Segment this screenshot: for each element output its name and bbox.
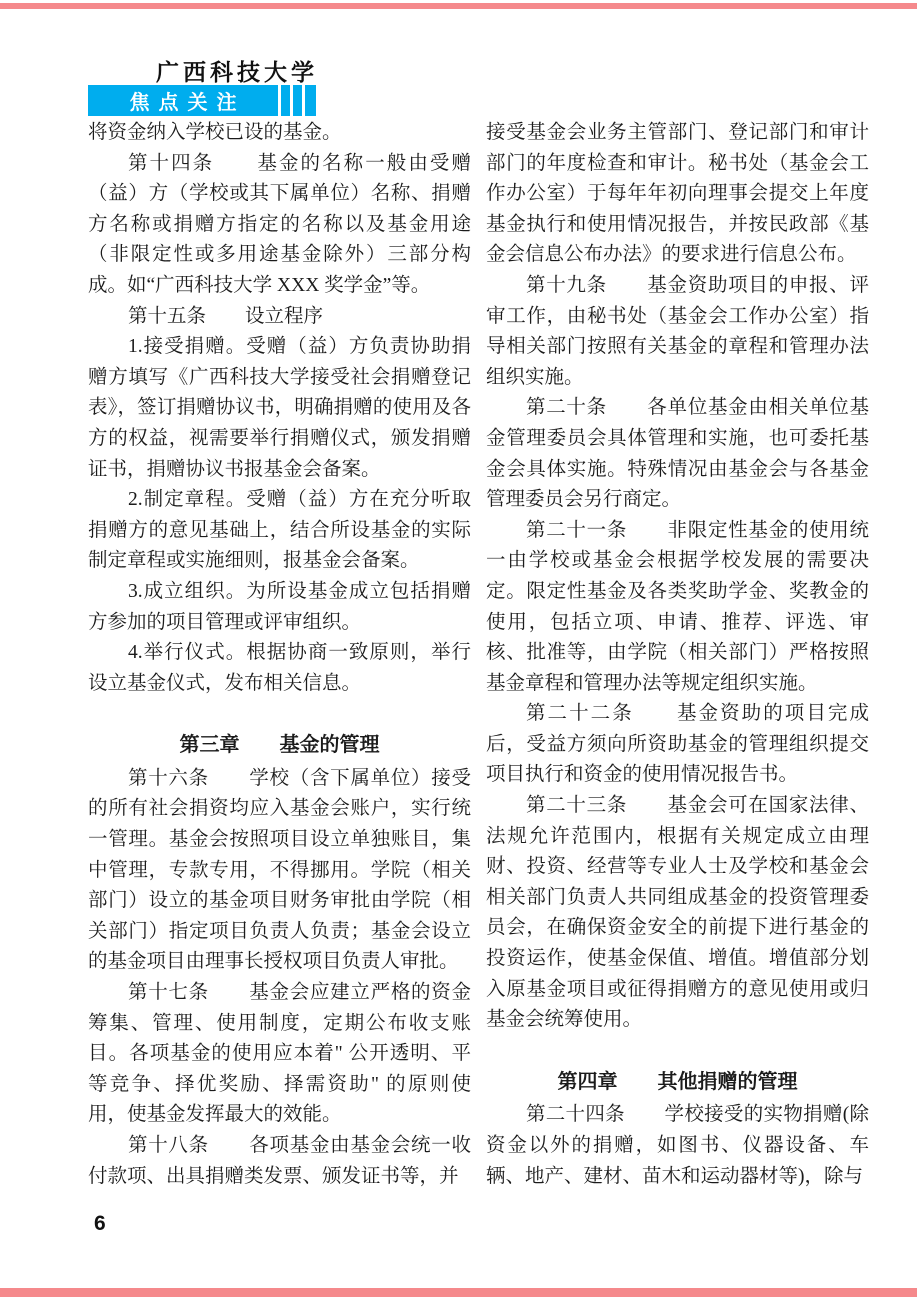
focus-banner-label: 焦点关注 bbox=[121, 86, 246, 115]
page-number: 6 bbox=[94, 1212, 106, 1236]
paragraph: 第十八条 各项基金由基金会统一收付款项、出具捐赠类发票、颁发证书等，并 bbox=[88, 1131, 471, 1192]
banner-stripe bbox=[281, 85, 290, 116]
university-title: 广西科技大学 bbox=[156, 54, 318, 87]
paragraph: 1.接受捐赠。受赠（益）方负责协助捐赠方填写《广西科技大学接受社会捐赠登记表》，… bbox=[88, 332, 471, 485]
paragraph: 第二十二条 基金资助的项目完成后，受益方须向所资助基金的管理组织提交项目执行和资… bbox=[486, 699, 869, 791]
paragraph: 3.成立组织。为所设基金成立包括捐赠方参加的项目管理或评审组织。 bbox=[88, 577, 471, 638]
paragraph: 4.举行仪式。根据协商一致原则，举行设立基金仪式，发布相关信息。 bbox=[88, 638, 471, 699]
bottom-border-rule bbox=[0, 1288, 917, 1297]
focus-banner: 焦点关注 bbox=[88, 85, 316, 116]
paragraph: 第二十一条 非限定性基金的使用统一由学校或基金会根据学校发展的需要决定。限定性基… bbox=[486, 516, 869, 700]
top-border-rule bbox=[0, 3, 917, 9]
paragraph: 第十九条 基金资助项目的申报、评审工作，由秘书处（基金会工作办公室）指导相关部门… bbox=[486, 271, 869, 393]
paragraph: 2.制定章程。受赠（益）方在充分听取捐赠方的意见基础上，结合所设基金的实际制定章… bbox=[88, 485, 471, 577]
paragraph: 第十五条 设立程序 bbox=[88, 302, 471, 333]
document-page: 广西科技大学 焦点关注 将资金纳入学校已设的基金。第十四条 基金的名称一般由受赠… bbox=[0, 0, 917, 1300]
focus-banner-block: 焦点关注 bbox=[88, 85, 278, 116]
paragraph: 第十六条 学校（含下属单位）接受的所有社会捐资均应入基金会账户，实行统一管理。基… bbox=[88, 764, 471, 978]
left-column: 将资金纳入学校已设的基金。第十四条 基金的名称一般由受赠（益）方（学校或其下属单… bbox=[88, 118, 471, 1192]
chapter-heading: 第三章 基金的管理 bbox=[88, 730, 471, 761]
paragraph: 第二十三条 基金会可在国家法律、法规允许范围内，根据有关规定成立由理财、投资、经… bbox=[486, 791, 869, 1036]
banner-stripe bbox=[305, 85, 316, 116]
paragraph: 将资金纳入学校已设的基金。 bbox=[88, 118, 471, 149]
right-column: 接受基金会业务主管部门、登记部门和审计部门的年度检查和审计。秘书处（基金会工作办… bbox=[486, 118, 869, 1192]
paragraph: 第二十条 各单位基金由相关单位基金管理委员会具体管理和实施，也可委托基金会具体实… bbox=[486, 393, 869, 515]
banner-stripe bbox=[293, 85, 302, 116]
paragraph: 第二十四条 学校接受的实物捐赠(除资金以外的捐赠，如图书、仪器设备、车辆、地产、… bbox=[486, 1100, 869, 1192]
paragraph: 第十七条 基金会应建立严格的资金筹集、管理、使用制度，定期公布收支账目。各项基金… bbox=[88, 978, 471, 1131]
chapter-heading: 第四章 其他捐赠的管理 bbox=[486, 1067, 869, 1098]
paragraph: 第十四条 基金的名称一般由受赠（益）方（学校或其下属单位）名称、捐赠方名称或捐赠… bbox=[88, 149, 471, 302]
article-body: 将资金纳入学校已设的基金。第十四条 基金的名称一般由受赠（益）方（学校或其下属单… bbox=[88, 118, 869, 1192]
paragraph: 接受基金会业务主管部门、登记部门和审计部门的年度检查和审计。秘书处（基金会工作办… bbox=[486, 118, 869, 271]
